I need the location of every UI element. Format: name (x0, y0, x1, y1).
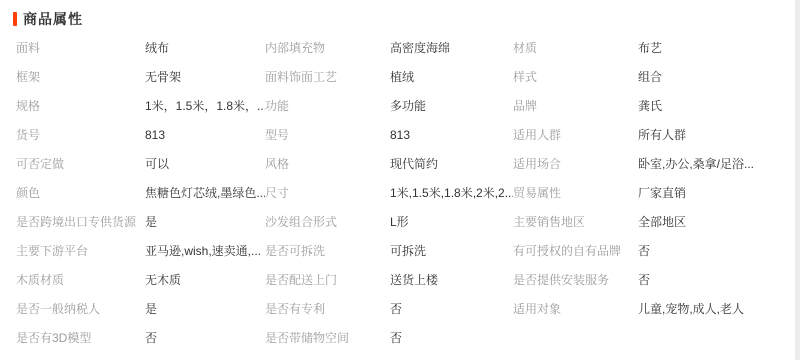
attr-value: 卧室,办公,桑拿/足浴... (638, 150, 800, 179)
attr-label: 是否有专利 (265, 295, 390, 324)
attr-label: 样式 (513, 63, 638, 92)
attr-label: 是否带储物空间 (265, 324, 390, 353)
attr-value: 无骨架 (145, 63, 265, 92)
attr-value: 可拆洗 (390, 237, 513, 266)
attr-label: 尺寸 (265, 179, 390, 208)
attr-label: 贸易属性 (513, 179, 638, 208)
attr-label: 有可授权的自有品牌 (513, 237, 638, 266)
attr-label: 可否定做 (16, 150, 145, 179)
attr-value: 是 (145, 208, 265, 237)
attributes-table: 面料 绒布 内部填充物 高密度海绵 材质 布艺 框架 无骨架 面料饰面工艺 植绒… (0, 34, 800, 353)
attr-value: 布艺 (638, 34, 800, 63)
product-attributes-panel: 商品属性 面料 绒布 内部填充物 高密度海绵 材质 布艺 框架 无骨架 面料饰面… (0, 0, 800, 360)
attr-value: 焦糖色灯芯绒,墨绿色... (145, 179, 265, 208)
attr-label: 风格 (265, 150, 390, 179)
attr-label: 型号 (265, 121, 390, 150)
attr-value: 否 (145, 324, 265, 353)
attr-value: 全部地区 (638, 208, 800, 237)
attr-value: 亚马逊,wish,速卖通,... (145, 237, 265, 266)
attr-value: 否 (390, 295, 513, 324)
accent-bar-icon (13, 12, 17, 26)
attr-value: 龚氏 (638, 92, 800, 121)
attr-label: 主要下游平台 (16, 237, 145, 266)
attr-value: 厂家直销 (638, 179, 800, 208)
attr-label: 适用场合 (513, 150, 638, 179)
attr-label: 木质材质 (16, 266, 145, 295)
attr-value: 植绒 (390, 63, 513, 92)
attr-value: 813 (145, 121, 265, 150)
attr-label: 是否提供安装服务 (513, 266, 638, 295)
attr-value: 否 (390, 324, 513, 353)
attr-label: 品牌 (513, 92, 638, 121)
attr-label: 货号 (16, 121, 145, 150)
attr-label: 面料饰面工艺 (265, 63, 390, 92)
attr-label: 面料 (16, 34, 145, 63)
attr-value: 所有人群 (638, 121, 800, 150)
attr-value: 是 (145, 295, 265, 324)
attr-label: 是否配送上门 (265, 266, 390, 295)
attr-value: 否 (638, 266, 800, 295)
attr-label: 是否有3D模型 (16, 324, 145, 353)
attr-label: 是否跨境出口专供货源 (16, 208, 145, 237)
page-right-edge (795, 0, 800, 360)
attr-value: L形 (390, 208, 513, 237)
attr-label: 适用对象 (513, 295, 638, 324)
attr-value: 多功能 (390, 92, 513, 121)
attr-value: 否 (638, 237, 800, 266)
attr-label: 沙发组合形式 (265, 208, 390, 237)
attr-value: 儿童,宠物,成人,老人 (638, 295, 800, 324)
attr-label: 是否可拆洗 (265, 237, 390, 266)
attr-value: 现代简约 (390, 150, 513, 179)
attr-label: 颜色 (16, 179, 145, 208)
attr-label: 功能 (265, 92, 390, 121)
section-title: 商品属性 (23, 9, 83, 29)
attr-label: 规格 (16, 92, 145, 121)
attr-value: 组合 (638, 63, 800, 92)
attr-label: 内部填充物 (265, 34, 390, 63)
attr-label: 框架 (16, 63, 145, 92)
attr-value (638, 324, 800, 353)
attr-label: 主要销售地区 (513, 208, 638, 237)
attr-value: 813 (390, 121, 513, 150)
attr-value: 绒布 (145, 34, 265, 63)
attr-value: 1米，1.5米，1.8米，... (145, 92, 265, 121)
attr-value: 1米,1.5米,1.8米,2米,2... (390, 179, 513, 208)
attr-label: 适用人群 (513, 121, 638, 150)
section-header: 商品属性 (0, 0, 800, 30)
attr-label: 是否一般纳税人 (16, 295, 145, 324)
attr-value: 高密度海绵 (390, 34, 513, 63)
attr-value: 无木质 (145, 266, 265, 295)
attr-value: 可以 (145, 150, 265, 179)
attr-value: 送货上楼 (390, 266, 513, 295)
attr-label: 材质 (513, 34, 638, 63)
attr-label (513, 324, 638, 353)
